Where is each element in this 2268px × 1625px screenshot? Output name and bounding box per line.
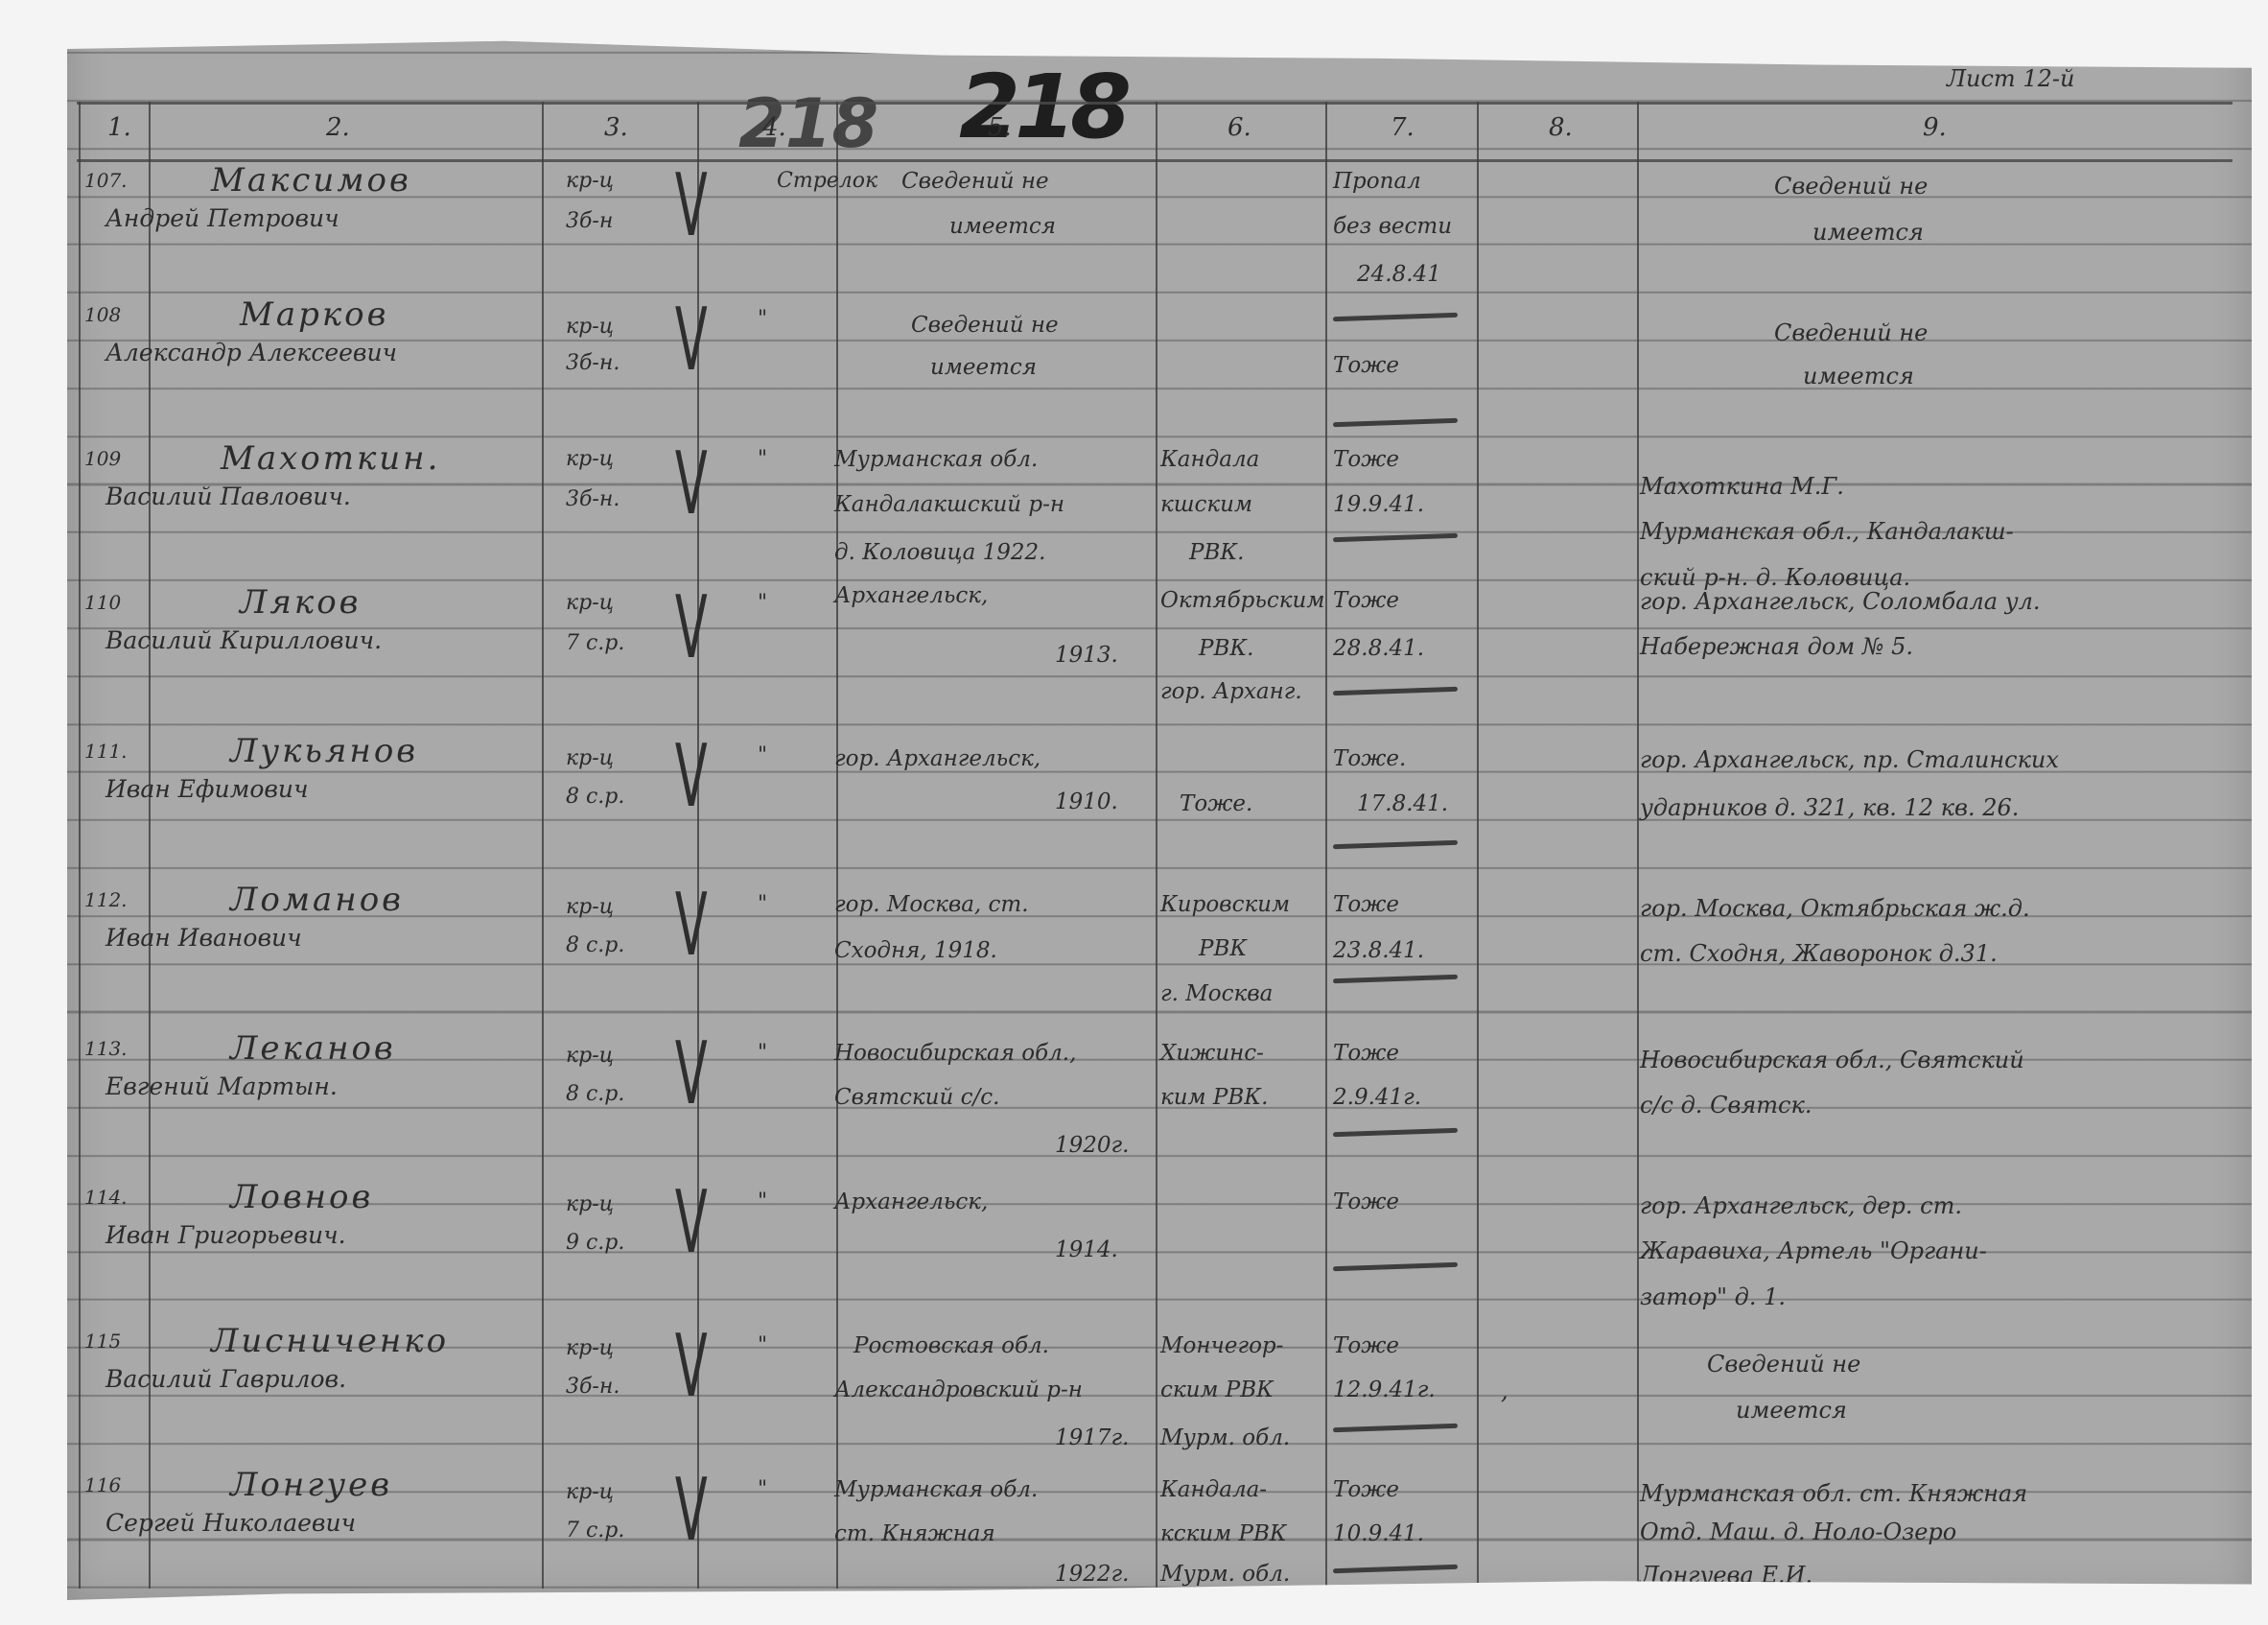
surname: Лукьянов	[230, 732, 418, 770]
rvk-info: РВК	[1199, 936, 1247, 961]
surname: Лисниченко	[211, 1322, 449, 1360]
fate: Тоже	[1333, 1041, 1399, 1066]
given-name: Александр Алексеевич	[105, 339, 397, 366]
margin-check-mark	[63, 439, 67, 497]
fate: Тоже	[1333, 353, 1399, 378]
relatives-info: Сведений не	[1774, 319, 1928, 346]
row-number: 115	[84, 1330, 121, 1353]
dash-mark	[1333, 418, 1458, 428]
rank: кр-ц	[566, 1044, 614, 1068]
row-number: 112.	[84, 888, 128, 911]
checkmark-icon: V	[675, 1172, 708, 1273]
checkmark-icon: V	[675, 1460, 708, 1561]
rank: кр-ц	[566, 746, 614, 770]
fate-date: 12.9.41г.	[1333, 1378, 1436, 1402]
unit: 3б-н.	[566, 351, 620, 375]
relatives-info: Сведений не	[1774, 173, 1928, 200]
table-row: 115 Лисниченко Василий Гаврилов. кр-ц 3б…	[67, 1322, 2252, 1469]
fate: Пропал	[1333, 169, 1421, 194]
row-number: 109	[84, 447, 121, 470]
rvk-info: Мурм. обл.	[1160, 1562, 1290, 1587]
fate-date: 24.8.41	[1357, 262, 1441, 287]
position: "	[758, 1189, 767, 1213]
position: "	[758, 1041, 767, 1065]
unit: 8 с.р.	[566, 1082, 624, 1106]
unit: 7 с.р.	[566, 631, 624, 655]
table-row: 112. Ломанов Иван Иванович кр-ц 8 с.р. V…	[67, 881, 2252, 1027]
relatives-info: гор. Архангельск, пр. Сталинских	[1640, 746, 2059, 773]
dash-mark	[1333, 840, 1458, 850]
fate-date: 10.9.41.	[1333, 1521, 1424, 1546]
margin-check-mark	[63, 890, 67, 948]
column-header-8: 8.	[1549, 113, 1573, 142]
rvk-info: Кандала-	[1160, 1477, 1267, 1502]
checkmark-icon: V	[675, 577, 708, 678]
row-number: 113.	[84, 1037, 128, 1060]
birth-info: 1913.	[1055, 643, 1118, 668]
document-page: Лист 12-й 218 218 1. 2. 3. 4. 5. 6. 7. 8…	[67, 17, 2252, 1600]
birth-info: Архангельск,	[834, 1189, 988, 1214]
margin-check-mark	[63, 180, 67, 238]
table-row: 107. Максимов Андрей Петрович кр-ц 3б-н …	[67, 161, 2252, 308]
position: "	[758, 447, 767, 471]
column-header-7: 7.	[1391, 113, 1415, 142]
birth-info: Кандалакшский р-н	[834, 492, 1064, 517]
surname: Ловнов	[230, 1178, 373, 1216]
checkmark-icon: V	[675, 1024, 708, 1124]
surname: Лонгуев	[230, 1466, 392, 1504]
column-header-3: 3.	[604, 113, 628, 142]
birth-info: Новосибирская обл.,	[834, 1041, 1076, 1066]
rvk-info: ским РВК	[1160, 1378, 1274, 1402]
rank: кр-ц	[566, 591, 614, 615]
birth-info: Сведений не	[911, 313, 1059, 338]
relatives-info: Махоткина М.Г.	[1640, 473, 1844, 500]
relatives-info: имеется	[1803, 363, 1914, 389]
relatives-info: Сведений не	[1707, 1351, 1860, 1378]
birth-info: Мурманская обл.	[834, 1477, 1038, 1502]
row-number: 110	[84, 591, 121, 614]
given-name: Андрей Петрович	[105, 204, 339, 232]
surname: Ломанов	[230, 881, 404, 919]
unit: 3б-н.	[566, 487, 620, 511]
dash-mark	[1333, 533, 1458, 543]
rvk-info: гор. Арханг.	[1160, 679, 1302, 704]
relatives-info: гор. Москва, Октябрьская ж.д.	[1640, 895, 2030, 922]
surname: Махоткин.	[221, 439, 440, 478]
relatives-info: Мурманская обл., Кандалакш-	[1640, 518, 2014, 545]
position: "	[758, 1477, 767, 1501]
rvk-info: Мончегор-	[1160, 1333, 1283, 1358]
given-name: Сергей Николаевич	[105, 1509, 356, 1537]
rank: кр-ц	[566, 1480, 614, 1504]
row-number: 111.	[84, 740, 128, 763]
checkmark-icon: V	[675, 726, 708, 827]
column-header-6: 6.	[1228, 113, 1251, 142]
position: "	[758, 892, 767, 916]
dash-mark	[1333, 1262, 1458, 1272]
position: "	[758, 307, 767, 331]
rvk-info: Тоже.	[1180, 791, 1252, 816]
row-number: 108	[84, 303, 121, 326]
relatives-info: Отд. Маш. д. Ноло-Озеро	[1640, 1519, 1956, 1545]
dash-mark	[1333, 1424, 1458, 1433]
relatives-info: затор" д. 1.	[1640, 1284, 1786, 1310]
birth-info: 1920г.	[1055, 1133, 1129, 1158]
fate-date: 19.9.41.	[1333, 492, 1424, 517]
fate-date: 23.8.41.	[1333, 938, 1424, 963]
fate: без вести	[1333, 214, 1452, 239]
unit: 3б-н.	[566, 1375, 620, 1399]
fate: Тоже	[1333, 1333, 1399, 1358]
rvk-info: РВК.	[1199, 636, 1254, 661]
position: "	[758, 1333, 767, 1357]
table-top-line	[77, 102, 2233, 105]
relatives-info: Лонгуева Е.И.	[1640, 1562, 1812, 1589]
margin-check-mark	[63, 1034, 67, 1092]
unit: 3б-н	[566, 209, 613, 233]
table-row: 108 Марков Александр Алексеевич кр-ц 3б-…	[67, 295, 2252, 442]
table-row: 114. Ловнов Иван Григорьевич. кр-ц 9 с.р…	[67, 1178, 2252, 1325]
birth-info: имеется	[930, 355, 1037, 380]
relatives-info: гор. Архангельск, дер. ст.	[1640, 1192, 1962, 1219]
relatives-info: Набережная дом № 5.	[1640, 633, 1913, 660]
fate: Тоже	[1333, 588, 1399, 613]
rank: кр-ц	[566, 895, 614, 919]
fate: Тоже	[1333, 892, 1399, 917]
given-name: Василий Павлович.	[105, 483, 351, 510]
margin-check-mark	[63, 1331, 67, 1389]
position: Стрелок	[777, 169, 877, 193]
given-name: Василий Гаврилов.	[105, 1365, 346, 1393]
surname: Леканов	[230, 1029, 396, 1068]
birth-info: Архангельск,	[834, 583, 988, 608]
page-number-stamp-struck: 218	[738, 84, 878, 163]
unit: 7 с.р.	[566, 1519, 624, 1543]
rvk-info: Мурм. обл.	[1160, 1425, 1290, 1450]
rvk-info: Хижинс-	[1160, 1041, 1264, 1066]
checkmark-icon: V	[675, 875, 708, 976]
fate-date: 2.9.41г.	[1333, 1085, 1421, 1110]
page-number-stamp: 218	[959, 56, 1126, 158]
unit: 8 с.р.	[566, 933, 624, 957]
relatives-info: Жаравиха, Артель "Органи-	[1640, 1237, 1987, 1264]
rank: кр-ц	[566, 169, 614, 193]
row-number: 116	[84, 1473, 121, 1496]
table-row: 113. Леканов Евгений Мартын. кр-ц 8 с.р.…	[67, 1029, 2252, 1176]
dash-mark	[1333, 1565, 1458, 1574]
relatives-info: Мурманская обл. ст. Княжная	[1640, 1480, 2027, 1507]
fate-date: 17.8.41.	[1357, 791, 1448, 816]
birth-info: Святский с/с.	[834, 1085, 999, 1110]
given-name: Евгений Мартын.	[105, 1072, 338, 1100]
birth-info: 1910.	[1055, 789, 1118, 814]
given-name: Иван Иванович	[105, 924, 302, 952]
rvk-info: Кандала	[1160, 447, 1259, 472]
dash-mark	[1333, 687, 1458, 696]
checkmark-icon: V	[675, 155, 708, 256]
fate: Тоже	[1333, 1477, 1399, 1502]
rvk-info: г. Москва	[1160, 981, 1273, 1006]
birth-info: имеется	[949, 214, 1056, 239]
relatives-info: гор. Архангельск, Соломбала ул.	[1640, 588, 2041, 615]
margin-check-mark	[63, 1466, 67, 1523]
relatives-info: ст. Сходня, Жаворонок д.31.	[1640, 940, 1998, 967]
rvk-info: кшским	[1160, 492, 1252, 517]
margin-check-mark	[63, 1183, 67, 1240]
relatives-info: имеется	[1736, 1397, 1847, 1424]
column-header-4: 4.	[762, 113, 786, 142]
relatives-info: имеется	[1812, 219, 1924, 246]
birth-info: Мурманская обл.	[834, 447, 1038, 472]
table-row: 109 Махоткин. Василий Павлович. кр-ц 3б-…	[67, 439, 2252, 586]
birth-info: ст. Княжная	[834, 1521, 995, 1546]
dash-mark	[1333, 313, 1458, 322]
position: "	[758, 743, 767, 767]
birth-info: д. Коловица 1922.	[834, 540, 1045, 565]
fate: Тоже	[1333, 1189, 1399, 1214]
rank: кр-ц	[566, 1192, 614, 1216]
rvk-info: РВК.	[1189, 540, 1245, 565]
column-8-mark: ,	[1501, 1378, 1508, 1404]
row-number: 107.	[84, 169, 128, 192]
rvk-info: кским РВК	[1160, 1521, 1287, 1546]
margin-check-mark	[63, 732, 67, 789]
margin-check-mark	[63, 300, 67, 358]
row-number: 114.	[84, 1186, 128, 1209]
birth-info: Ростовская обл.	[853, 1333, 1049, 1358]
birth-info: гор. Москва, ст.	[834, 892, 1029, 917]
birth-info: 1914.	[1055, 1237, 1118, 1262]
rvk-info: Октябрьским	[1160, 588, 1324, 613]
relatives-info: ударников д. 321, кв. 12 кв. 26.	[1640, 794, 2019, 821]
column-header-5: 5.	[988, 113, 1012, 142]
fate-date: 28.8.41.	[1333, 636, 1424, 661]
rvk-info: Кировским	[1160, 892, 1290, 917]
fate: Тоже	[1333, 447, 1399, 472]
birth-info: 1922г.	[1055, 1562, 1129, 1587]
rank: кр-ц	[566, 315, 614, 339]
dash-mark	[1333, 975, 1458, 984]
birth-info: гор. Архангельск,	[834, 746, 1040, 771]
table-row: 111. Лукьянов Иван Ефимович кр-ц 8 с.р. …	[67, 732, 2252, 879]
rank: кр-ц	[566, 447, 614, 471]
birth-info: Сведений не	[901, 169, 1049, 194]
surname: Марков	[240, 295, 388, 334]
relatives-info: с/с д. Святск.	[1640, 1092, 1812, 1119]
birth-info: Сходня, 1918.	[834, 938, 997, 963]
given-name: Василий Кириллович.	[105, 626, 382, 654]
table-row: 110 Ляков Василий Кириллович. кр-ц 7 с.р…	[67, 583, 2252, 730]
column-header-2: 2.	[326, 113, 350, 142]
rvk-info: ким РВК.	[1160, 1085, 1268, 1110]
sheet-label: Лист 12-й	[1947, 65, 2074, 92]
position: "	[758, 591, 767, 615]
rank: кр-ц	[566, 1336, 614, 1360]
given-name: Иван Григорьевич.	[105, 1221, 346, 1249]
relatives-info: Новосибирская обл., Святский	[1640, 1047, 2024, 1073]
given-name: Иван Ефимович	[105, 775, 309, 803]
dash-mark	[1333, 1128, 1458, 1138]
table-row: 116 Лонгуев Сергей Николаевич кр-ц 7 с.р…	[67, 1466, 2252, 1613]
margin-check-mark	[63, 588, 67, 646]
checkmark-icon: V	[675, 290, 708, 390]
surname: Ляков	[240, 583, 361, 622]
unit: 8 с.р.	[566, 785, 624, 809]
surname: Максимов	[211, 161, 411, 200]
unit: 9 с.р.	[566, 1231, 624, 1255]
birth-info: 1917г.	[1055, 1425, 1129, 1450]
column-header-1: 1.	[107, 113, 131, 142]
column-header-9: 9.	[1923, 113, 1947, 142]
fate: Тоже.	[1333, 746, 1406, 771]
checkmark-icon: V	[675, 434, 708, 534]
checkmark-icon: V	[675, 1316, 708, 1417]
birth-info: Александровский р-н	[834, 1378, 1083, 1402]
